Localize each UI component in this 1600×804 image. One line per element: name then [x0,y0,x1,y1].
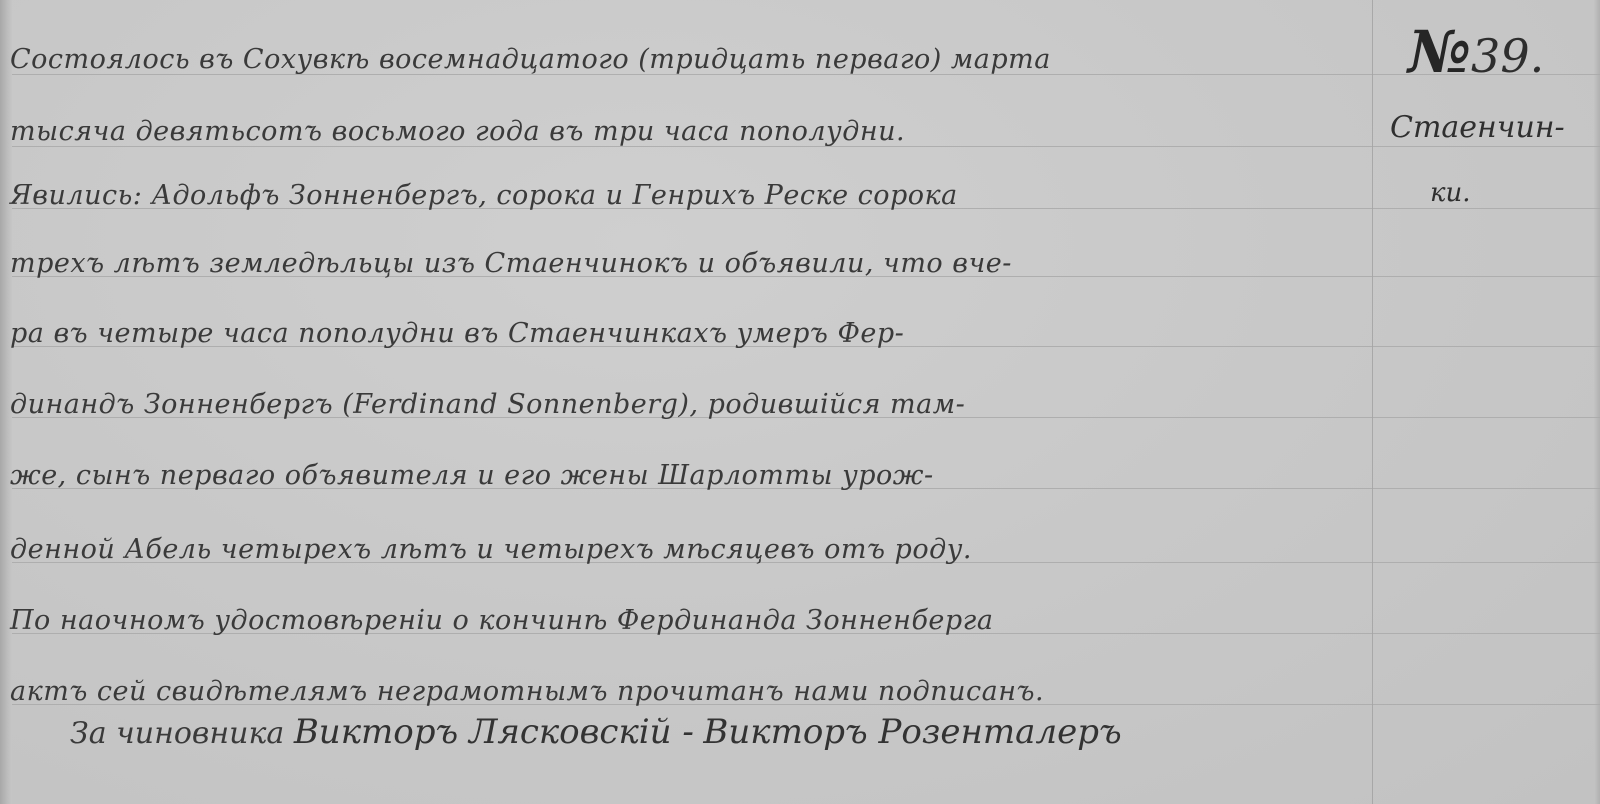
numero-symbol: № [1408,18,1471,86]
signature-second: Викторъ Розенталеръ [703,712,1121,752]
margin-note-line-1: Стаенчин- [1390,110,1565,145]
margin-note-line-2: ки. [1430,178,1471,208]
signature-official: Викторъ Лясковскій - [294,712,694,752]
signature-block: За чиновника Викторъ Лясковскій - Виктор… [70,712,1122,752]
record-line-3: Явились: Адольфъ Зонненбергъ, сорока и Г… [10,180,958,211]
signature-prefix: За чиновника [70,716,284,751]
record-number-value: 39. [1471,29,1544,83]
record-number: №39. [1408,18,1544,86]
record-line-7: же, сынъ перваго объявителя и его жены Ш… [10,460,934,491]
record-line-5: ра въ четыре часа пополудни въ Стаенчинк… [10,318,904,349]
record-line-1: Состоялось въ Сохувкѣ восемнадцатого (тр… [10,44,1370,75]
document-page: №39. Стаенчин- ки. Состоялось въ Сохувкѣ… [0,0,1600,804]
record-line-6: динандъ Зонненбергъ (Ferdinand Sonnenber… [10,389,965,420]
record-line-8: денной Абель четырехъ лѣтъ и четырехъ мѣ… [10,534,972,565]
record-line-10: актъ сей свидѣтелямъ неграмотнымъ прочит… [10,676,1044,707]
margin-rule [1372,0,1373,804]
record-line-9: По наочномъ удостовѣреніи о кончинѣ Ферд… [10,605,993,636]
record-line-2: тысяча девятьсотъ восьмого года въ три ч… [10,116,905,147]
page-right-edge [1594,0,1600,804]
record-line-4: трехъ лѣтъ земледѣльцы изъ Стаенчинокъ и… [10,248,1012,279]
